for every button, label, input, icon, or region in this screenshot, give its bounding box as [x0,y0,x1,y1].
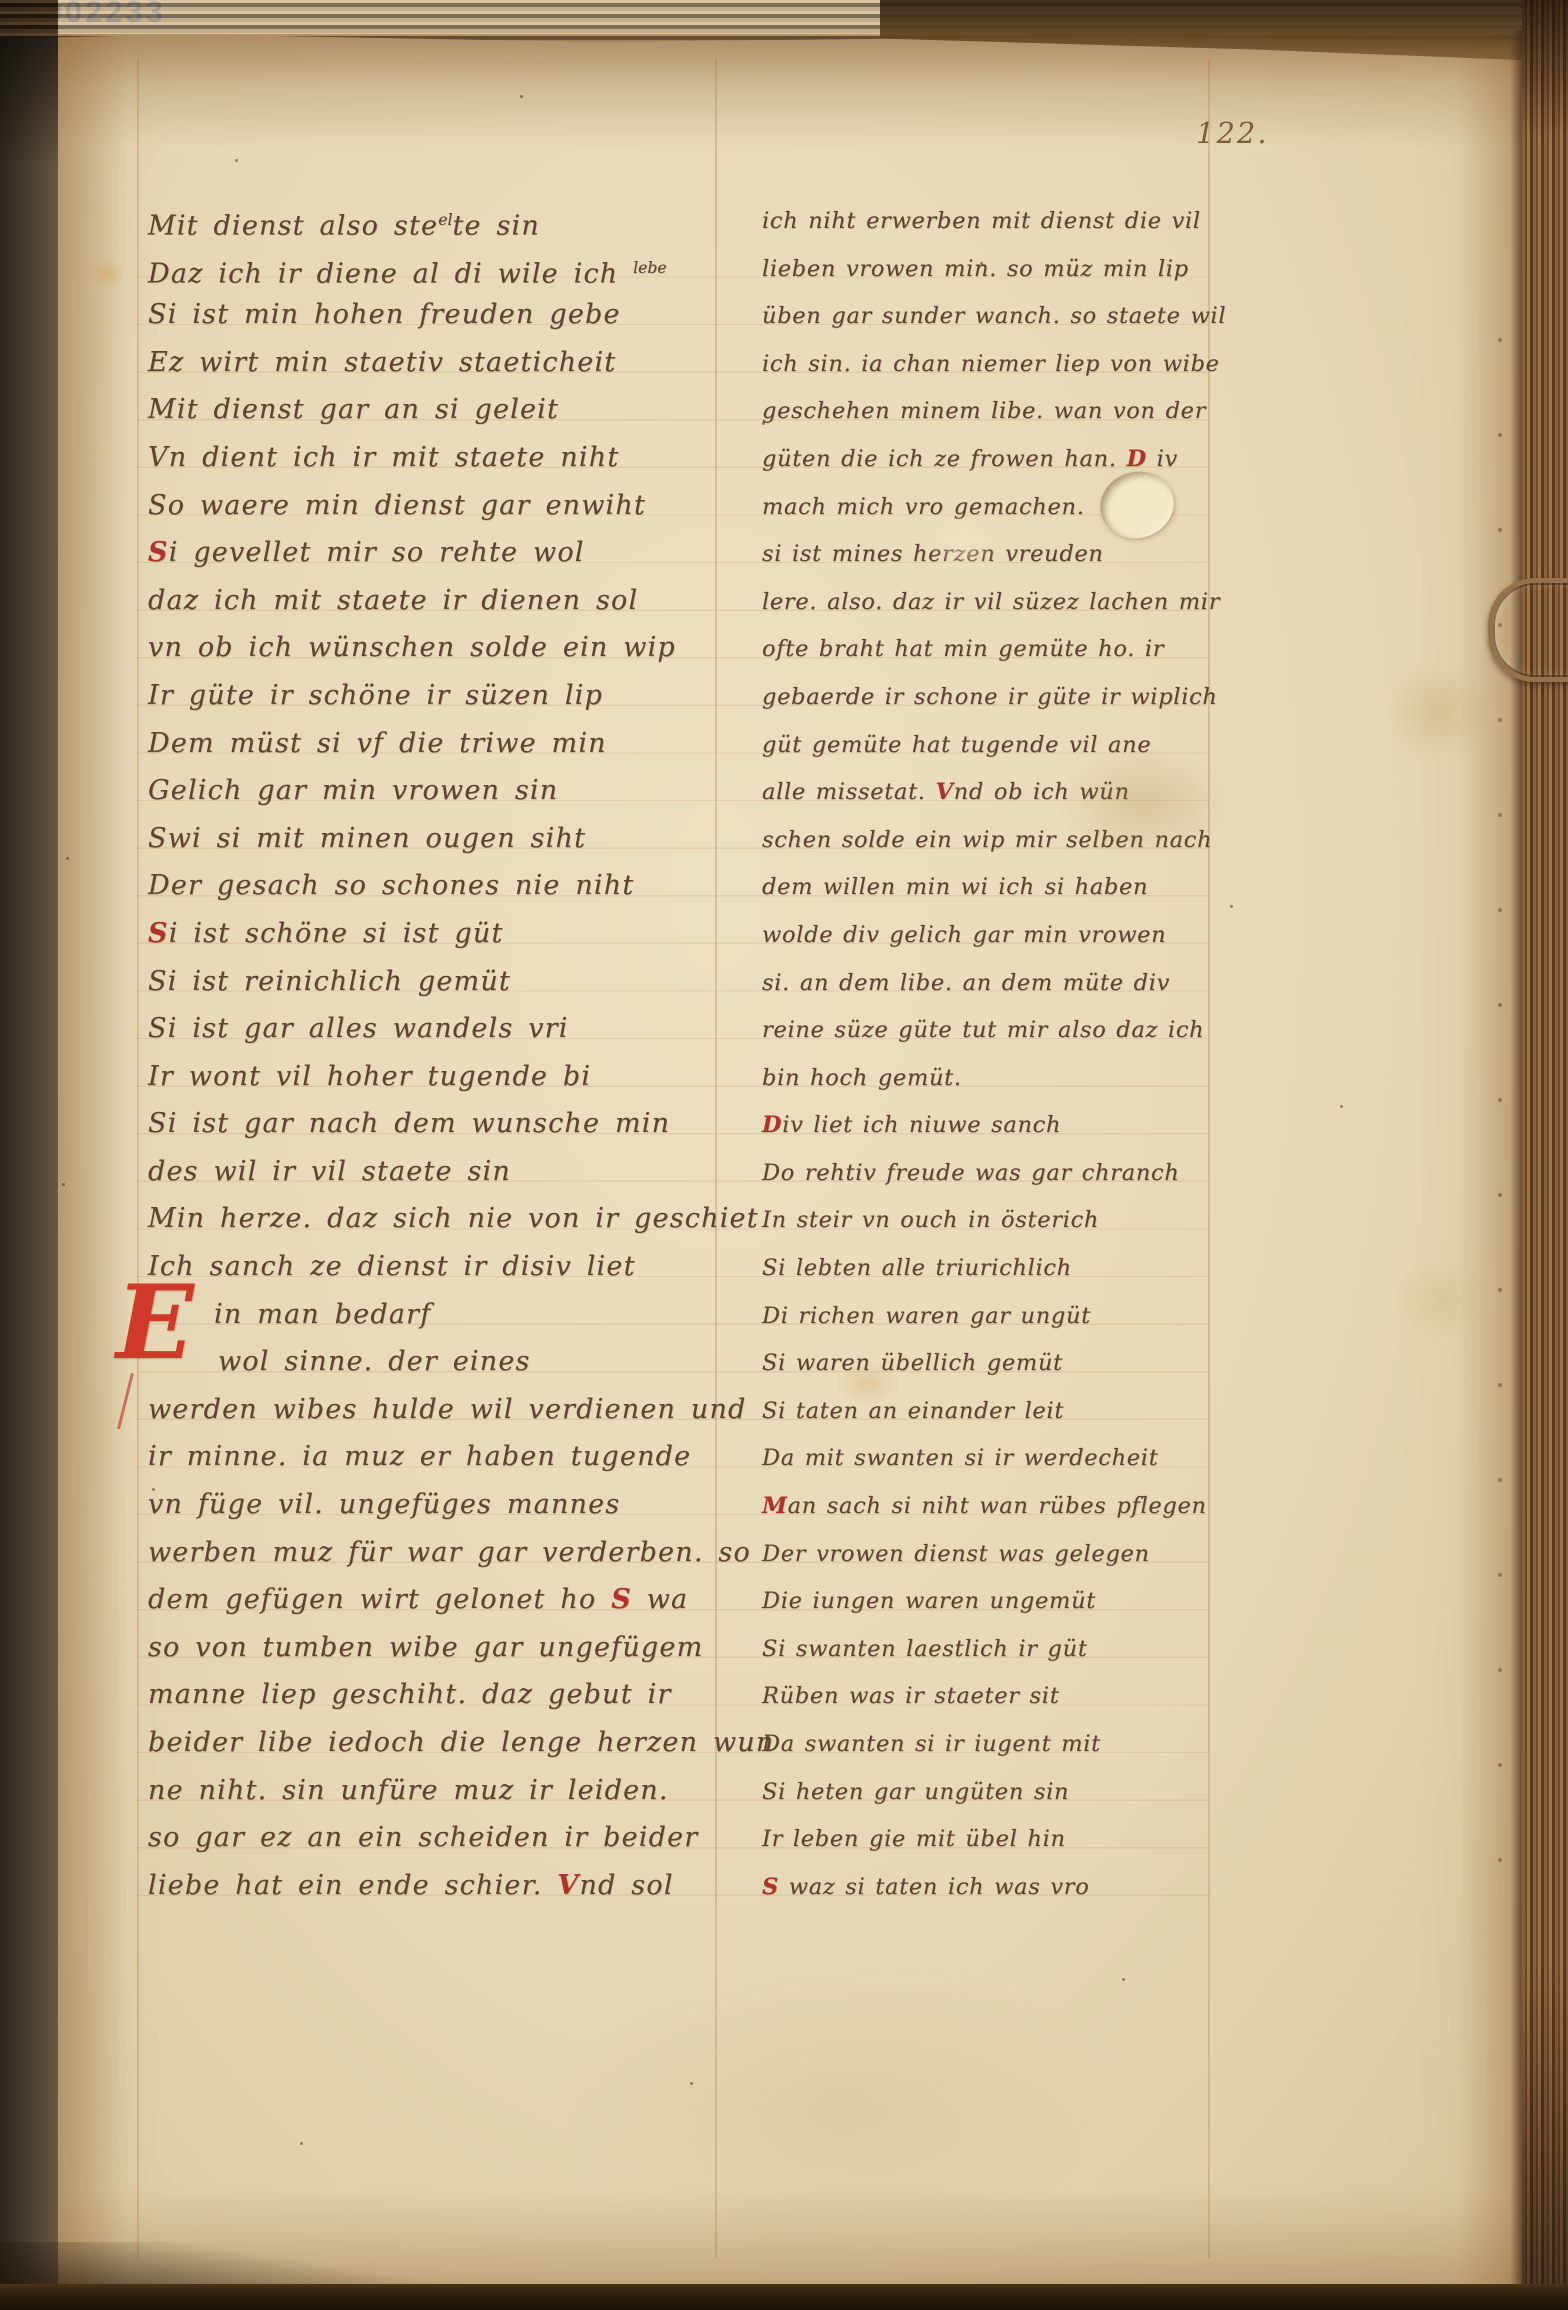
speck [1340,1105,1343,1108]
manuscript-line: so von tumben wibe gar ungefügem [148,1624,788,1672]
manuscript-line: So waere min dienst gar enwiht [148,482,788,530]
manuscript-line: wolde div gelich gar min vrowen [762,912,1222,960]
manuscript-line: ir minne. ia muz er haben tugende [148,1433,788,1481]
manuscript-line: Min herze. daz sich nie von ir geschiet [148,1195,788,1243]
manuscript-line: Si ist reinichlich gemüt [148,958,788,1006]
line-text: Do rehtiv freude was gar chranch [762,1160,1180,1186]
manuscript-line: Da mit swanten si ir werdecheit [762,1435,1222,1483]
line-text: i ist schöne si ist güt [169,918,504,949]
rubric-initial: V [936,779,954,805]
line-text: beider libe iedoch die lenge herzen wun [148,1727,774,1758]
line-text: werden wibes hulde wil verdienen und [148,1394,747,1425]
manuscript-line: Si gevellet mir so rehte wol [148,529,788,577]
speck [235,159,238,162]
stain [836,1362,900,1406]
manuscript-line: Si ist schöne si ist güt [148,910,788,958]
book-clasp [1488,578,1568,682]
line-text: In steir vn ouch in österich [762,1207,1099,1233]
line-text: güten die ich ze frowen han. [762,446,1127,472]
interlinear-gloss: lebe [633,258,667,277]
prick [1498,1478,1502,1482]
line-text: Ir wont vil hoher tugende bi [148,1061,591,1092]
line-text: in man bedarf [214,1299,431,1330]
prick [1498,338,1502,342]
prick [1498,718,1502,722]
prick [1498,1193,1502,1197]
rubric-initial: S [148,537,169,568]
line-text: iv liet ich niuwe sanch [782,1112,1061,1138]
manuscript-line: beider libe iedoch die lenge herzen wun [148,1719,788,1767]
prick [1498,1573,1502,1577]
manuscript-line: ich sin. ia chan niemer liep von wibe [762,341,1222,389]
manuscript-line: Der gesach so schones nie niht [148,862,788,910]
manuscript-line: ne niht. sin unfüre muz ir leiden. [148,1767,788,1815]
manuscript-line: Der vrowen dienst was gelegen [762,1531,1222,1579]
manuscript-line: des wil ir vil staete sin [148,1148,788,1196]
manuscript-line: Do rehtiv freude was gar chranch [762,1150,1222,1198]
prick [1498,1098,1502,1102]
speck [520,95,523,98]
line-text: lere. also. daz ir vil süzez lachen mir [762,589,1220,615]
ruling-vertical-left [137,58,139,2258]
line-text: dem willen min wi ich si haben [762,874,1148,900]
rubric-initial: D [762,1112,782,1138]
line-text: ir minne. ia muz er haben tugende [148,1441,691,1472]
manuscript-line: Vn dient ich ir mit staete niht [148,434,788,482]
manuscript-line: bin hoch gemüt. [762,1055,1222,1103]
manuscript-line: manne liep geschiht. daz gebut ir [148,1671,788,1719]
line-text: te sin [452,211,540,242]
prick [1498,1383,1502,1387]
line-text: Mit dienst gar an si geleit [148,394,559,425]
manuscript-line: geschehen minem libe. wan von der [762,388,1222,436]
manuscript-line: reine süze güte tut mir also daz ich [762,1007,1222,1055]
line-text: alle missetat. [762,779,936,805]
manuscript-line: Ich sanch ze dienst ir disiv liet [148,1243,788,1291]
manuscript-line: Si taten an einander leit [762,1388,1222,1436]
line-text: liebe hat ein ende schier. [148,1870,557,1901]
line-text: Si ist gar nach dem wunsche min [148,1108,670,1139]
speck [980,262,983,265]
manuscript-line: Si waren übellich gemüt [762,1340,1222,1388]
line-text: Ez wirt min staetiv staeticheit [148,347,616,378]
folio-number: 122. [1196,116,1269,150]
line-text: güt gemüte hat tugende vil ane [762,732,1151,758]
line-text: wa [632,1584,688,1615]
manuscript-line: Die iungen waren ungemüt [762,1578,1222,1626]
rubric-initial: D [1127,446,1147,472]
prick [1498,1858,1502,1862]
manuscript-photo: Mit dienst also steelte sinDaz ich ir di… [0,0,1568,2310]
manuscript-line: Di richen waren gar ungüt [762,1293,1222,1341]
speck [690,2082,693,2085]
manuscript-line: si. an dem libe. an dem müte div [762,960,1222,1008]
manuscript-line: Ir güte ir schöne ir süzen lip [148,672,788,720]
prick [1498,813,1502,817]
page-block-bottom-edge [0,2284,1568,2310]
manuscript-line: dem willen min wi ich si haben [762,864,1222,912]
prick [1498,528,1502,532]
line-text: nd sol [579,1870,673,1901]
manuscript-line: Si heten gar ungüten sin [762,1769,1222,1817]
line-text: Daz ich ir diene al di wile ich [148,258,633,289]
manuscript-line: werben muz für war gar verderben. so [148,1529,788,1577]
line-text: Der gesach so schones nie niht [148,870,634,901]
line-text: Ich sanch ze dienst ir disiv liet [148,1251,636,1282]
rubric-initial: S [148,918,169,949]
manuscript-line: Si swanten laestlich ir güt [762,1626,1222,1674]
line-text: si. an dem libe. an dem müte div [762,970,1170,996]
manuscript-line: werden wibes hulde wil verdienen und [148,1386,788,1434]
line-text: an sach si niht wan rübes pflegen [788,1493,1207,1519]
line-text: Si ist reinichlich gemüt [148,966,511,997]
line-text: Da mit swanten si ir werdecheit [762,1445,1158,1471]
line-text: Gelich gar min vrowen sin [148,775,558,806]
line-text: gebaerde ir schone ir güte ir wiplich [762,684,1218,710]
stain [1396,1258,1486,1342]
manuscript-line: Gelich gar min vrowen sin [148,767,788,815]
line-text: des wil ir vil staete sin [148,1156,511,1187]
manuscript-line: Da swanten si ir iugent mit [762,1721,1222,1769]
speck [300,2142,303,2145]
manuscript-line: lieben vrowen min. so müz min lip [762,246,1222,294]
line-text: Mit dienst also ste [148,211,438,242]
manuscript-line: ich niht erwerben mit dienst die vil [762,198,1222,246]
manuscript-line: lere. also. daz ir vil süzez lachen mir [762,579,1222,627]
line-text: vn ob ich wünschen solde ein wip [148,632,676,663]
prick [1498,1003,1502,1007]
line-text: Ir güte ir schöne ir süzen lip [148,680,603,711]
prick [1498,908,1502,912]
line-text: Si ist min hohen freuden gebe [148,299,621,330]
line-text: Si ist gar alles wandels vri [148,1013,569,1044]
rubric-initial: S [762,1874,779,1900]
manuscript-line: Div liet ich niuwe sanch [762,1102,1222,1150]
speck [152,1488,155,1491]
line-text: Swi si mit minen ougen siht [148,823,586,854]
line-text: üben gar sunder wanch. so staete wil [762,303,1226,329]
line-text: ofte braht hat min gemüte ho. ir [762,636,1164,662]
manuscript-line: vn ob ich wünschen solde ein wip [148,624,788,672]
binding-edge-left [0,0,58,2310]
line-text: Die iungen waren ungemüt [762,1588,1096,1614]
stain [1060,745,1230,860]
manuscript-line: gebaerde ir schone ir güte ir wiplich [762,674,1222,722]
manuscript-line: Si ist gar nach dem wunsche min [148,1100,788,1148]
manuscript-line: vn füge vil. ungefüges mannes [148,1481,788,1529]
line-text: vn füge vil. ungefüges mannes [148,1489,620,1520]
stain [928,512,1000,574]
prick [1498,1668,1502,1672]
line-text: Di richen waren gar ungüt [762,1303,1091,1329]
manuscript-line: ofte braht hat min gemüte ho. ir [762,626,1222,674]
manuscript-line: liebe hat ein ende schier. Vnd sol [148,1862,788,1910]
manuscript-line: Mit dienst gar an si geleit [148,386,788,434]
stain [560,1950,1120,2260]
line-text: wol sinne. der eines [218,1346,531,1377]
line-text: Ir leben gie mit übel hin [762,1826,1066,1852]
line-text: ich sin. ia chan niemer liep von wibe [762,351,1220,377]
rubric-initial: M [762,1493,788,1519]
stain [1385,662,1490,762]
line-text: Rüben was ir staeter sit [762,1683,1059,1709]
prick [1498,1288,1502,1292]
manuscript-line: dem gefügen wirt gelonet ho S wa [148,1576,788,1624]
line-text: iv [1147,446,1178,472]
line-text: Vn dient ich ir mit staete niht [148,442,619,473]
manuscript-line: Swi si mit minen ougen siht [148,815,788,863]
line-text: wolde div gelich gar min vrowen [762,922,1166,948]
manuscript-line: üben gar sunder wanch. so staete wil [762,293,1222,341]
line-text: werben muz für war gar verderben. so [148,1537,751,1568]
line-text: so gar ez an ein scheiden ir beider [148,1822,698,1853]
rubric-initial: V [557,1870,579,1901]
text-column-right: ich niht erwerben mit dienst die villieb… [762,198,1222,1911]
speck [762,422,765,425]
line-text: waz si taten ich was vro [779,1874,1090,1900]
line-text: Si swanten laestlich ir güt [762,1636,1088,1662]
line-text: mach mich vro gemachen. [762,494,1085,520]
interlinear-gloss: el [438,210,452,229]
manuscript-line: Rüben was ir staeter sit [762,1673,1222,1721]
speck [1230,905,1233,908]
line-text: Da swanten si ir iugent mit [762,1731,1101,1757]
manuscript-line: Daz ich ir diene al di wile ich lebe [148,244,788,292]
manuscript-line: Si ist gar alles wandels vri [148,1005,788,1053]
line-text: Si heten gar ungüten sin [762,1779,1069,1805]
manuscript-line: daz ich mit staete ir dienen sol [148,577,788,625]
manuscript-line: In steir vn ouch in österich [762,1197,1222,1245]
page-block-right-edge [1522,0,1568,2310]
line-text: ich niht erwerben mit dienst die vil [762,208,1201,234]
line-text: bin hoch gemüt. [762,1065,962,1091]
prick [1498,1763,1502,1767]
manuscript-line: so gar ez an ein scheiden ir beider [148,1814,788,1862]
line-text: manne liep geschiht. daz gebut ir [148,1679,672,1710]
manuscript-line: wol sinne. der eines [148,1338,788,1386]
prick [1498,433,1502,437]
line-text: reine süze güte tut mir also daz ich [762,1017,1204,1043]
line-text: lieben vrowen min. so müz min lip [762,256,1189,282]
line-text: daz ich mit staete ir dienen sol [148,585,638,616]
rubric-initial: S [611,1584,632,1615]
manuscript-line: Si ist min hohen freuden gebe [148,291,788,339]
line-text: i gevellet mir so rehte wol [169,537,585,568]
text-column-left: Mit dienst also steelte sinDaz ich ir di… [148,196,788,1909]
line-text: Si waren übellich gemüt [762,1350,1063,1376]
manuscript-line: Ir wont vil hoher tugende bi [148,1053,788,1101]
manuscript-line: Ir leben gie mit übel hin [762,1816,1222,1864]
manuscript-line: in man bedarf [148,1291,788,1339]
manuscript-line: Man sach si niht wan rübes pflegen [762,1483,1222,1531]
toasted-edge-left [58,34,128,2284]
manuscript-line: S waz si taten ich was vro [762,1864,1222,1912]
line-text: So waere min dienst gar enwiht [148,490,646,521]
line-text: dem gefügen wirt gelonet ho [148,1584,611,1615]
speck [62,1183,65,1186]
manuscript-line: Si lebten alle triurichlich [762,1245,1222,1293]
drop-cap-initial: E [116,1272,194,1374]
line-text: Dem müst si vf die triwe min [148,728,607,759]
line-text: ne niht. sin unfüre muz ir leiden. [148,1775,669,1806]
speck [66,857,69,860]
line-text: so von tumben wibe gar ungefügem [148,1632,703,1663]
line-text: Si lebten alle triurichlich [762,1255,1072,1281]
line-text: Si taten an einander leit [762,1398,1064,1424]
manuscript-line: Dem müst si vf die triwe min [148,720,788,768]
line-text: Der vrowen dienst was gelegen [762,1541,1150,1567]
manuscript-line: Mit dienst also steelte sin [148,196,788,244]
manuscript-line: Ez wirt min staetiv staeticheit [148,339,788,387]
line-text: Min herze. daz sich nie von ir geschiet [148,1203,759,1234]
speck [1122,1978,1125,1981]
stain [88,258,124,290]
line-text: geschehen minem libe. wan von der [762,398,1206,424]
